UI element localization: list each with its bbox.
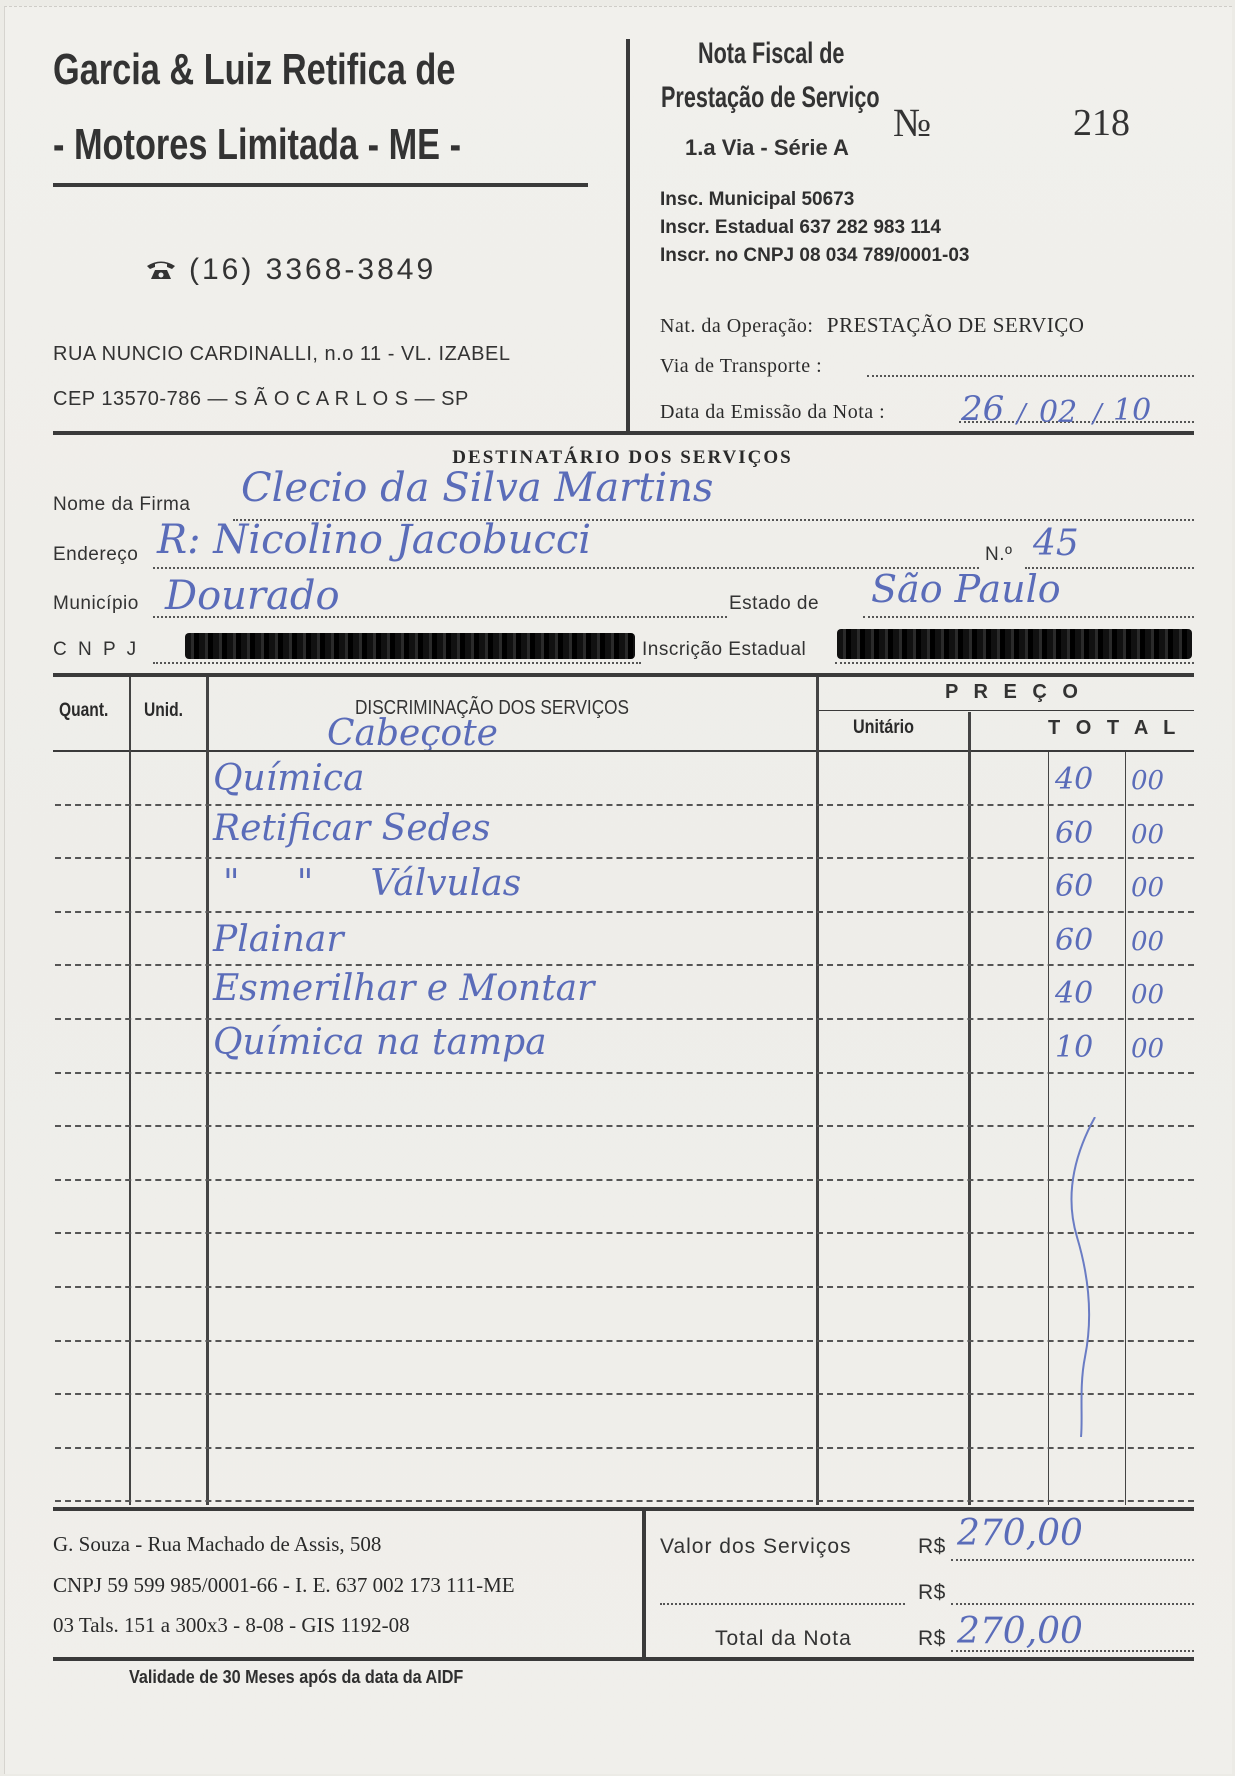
table-row[interactable]: " " Válvulas 60 00 <box>53 859 1194 913</box>
valor-servicos-label: Valor dos Serviços <box>660 1535 852 1559</box>
inscr-cnpj: Inscr. no CNPJ 08 034 789/0001-03 <box>660 245 969 267</box>
validade-note: Validade de 30 Meses após da data da AID… <box>129 1667 463 1688</box>
row-total-centavos: 00 <box>1131 766 1164 796</box>
endereco-label: Endereço <box>53 544 138 566</box>
table-row[interactable]: Plainar 60 00 <box>53 913 1194 967</box>
invoice-number: 218 <box>1073 101 1130 145</box>
data-emissao-month: 02 <box>1039 395 1077 430</box>
table-row[interactable] <box>53 1288 1194 1342</box>
inscricao-estadual-label: Inscrição Estadual <box>642 639 806 661</box>
via-serie: 1.a Via - Série A <box>685 135 849 161</box>
col-header-unitario: Unitário <box>853 717 914 739</box>
total-nota-label: Total da Nota <box>715 1627 852 1651</box>
table-bottom-rule <box>53 1507 1194 1511</box>
header-divider <box>626 39 630 431</box>
cnpj-redacted <box>185 633 635 659</box>
row-description: " " Válvulas <box>223 863 521 904</box>
company-address-line2: CEP 13570-786 — S Ã O C A R L O S — SP <box>53 388 469 411</box>
row-description: Química na tampa <box>213 1022 547 1063</box>
endereco-field[interactable] <box>153 567 979 569</box>
heading-note-cabecote: Cabeçote <box>327 713 498 754</box>
via-transporte-field[interactable] <box>867 375 1194 377</box>
invoice-paper: Garcia & Luiz Retifica de - Motores Limi… <box>4 6 1232 1774</box>
row-total-reais: 40 <box>1055 762 1093 797</box>
nat-operacao: Nat. da Operação: PRESTAÇÃO DE SERVIÇO <box>660 313 1084 338</box>
row-total-reais: 60 <box>1055 923 1093 958</box>
invoice-title-line2: Prestação de Serviço <box>661 81 880 115</box>
valor-servicos-value: 270,00 <box>957 1513 1083 1554</box>
table-row[interactable] <box>53 1449 1194 1503</box>
col-header-preco: P R E Ç O <box>945 681 1083 704</box>
company-name-line1: Garcia & Luiz Retifica de <box>53 45 455 95</box>
cnpj-label: C N P J <box>53 639 139 661</box>
extra-value-field[interactable] <box>951 1603 1194 1605</box>
table-row[interactable]: Química na tampa 10 00 <box>53 1020 1194 1074</box>
bottom-rule <box>53 1657 1194 1661</box>
row-total-reais: 60 <box>1055 869 1093 904</box>
estado-field[interactable] <box>863 616 1194 618</box>
number-symbol: № <box>893 99 931 146</box>
row-description: Esmerilhar e Montar <box>213 968 594 1009</box>
row-description: Plainar <box>213 919 344 960</box>
row-total-reais: 60 <box>1055 816 1093 851</box>
col-header-total: T O T A L <box>1048 717 1180 740</box>
estado-label: Estado de <box>729 593 819 615</box>
services-table-body: Química 40 00 Retificar Sedes 60 00 " " … <box>53 752 1194 1502</box>
row-total-centavos: 00 <box>1131 927 1164 957</box>
row-description: Química <box>213 758 365 799</box>
valor-servicos-currency: R$ <box>918 1535 946 1559</box>
col-header-quant: Quant. <box>59 700 108 722</box>
header-bottom-rule <box>53 431 1194 435</box>
estado-value: São Paulo <box>871 567 1061 611</box>
total-nota-currency: R$ <box>918 1627 946 1651</box>
table-row[interactable] <box>53 1234 1194 1288</box>
extra-label-field[interactable] <box>660 1603 905 1605</box>
company-address-line1: RUA NUNCIO CARDINALLI, n.o 11 - VL. IZAB… <box>53 343 510 366</box>
data-emissao-year: 10 <box>1113 393 1151 428</box>
table-row[interactable] <box>53 1181 1194 1235</box>
municipio-label: Município <box>53 593 139 615</box>
nat-operacao-label: Nat. da Operação: <box>660 315 813 337</box>
cnpj-field[interactable] <box>153 662 641 664</box>
valor-servicos-field[interactable] <box>951 1559 1194 1561</box>
row-total-reais: 10 <box>1055 1030 1093 1065</box>
table-row[interactable] <box>53 1395 1194 1449</box>
invoice-title-line1: Nota Fiscal de <box>698 37 844 71</box>
nome-firma-label: Nome da Firma <box>53 494 190 516</box>
row-total-centavos: 00 <box>1131 820 1164 850</box>
inscr-estadual: Inscr. Estadual 637 282 983 114 <box>660 217 941 239</box>
table-row[interactable] <box>53 1342 1194 1396</box>
pen-squiggle-mark <box>1065 1117 1105 1437</box>
preco-subdivider <box>819 710 1194 711</box>
endereco-value: R: Nicolino Jacobucci <box>157 517 591 563</box>
row-total-centavos: 00 <box>1131 980 1164 1010</box>
table-row[interactable]: Retificar Sedes 60 00 <box>53 806 1194 860</box>
row-total-centavos: 00 <box>1131 1034 1164 1064</box>
printer-line1: G. Souza - Rua Machado de Assis, 508 <box>53 1532 381 1557</box>
nome-firma-value: Clecio da Silva Martins <box>241 465 713 511</box>
printer-line2: CNPJ 59 599 985/0001-66 - I. E. 637 002 … <box>53 1573 515 1598</box>
insc-municipal: Insc. Municipal 50673 <box>660 189 854 211</box>
inscricao-estadual-field[interactable] <box>835 662 1194 664</box>
recipient-bottom-rule <box>53 673 1194 677</box>
table-row[interactable]: Esmerilhar e Montar 40 00 <box>53 966 1194 1020</box>
table-row[interactable] <box>53 1127 1194 1181</box>
row-total-reais: 40 <box>1055 976 1093 1011</box>
telephone-icon <box>145 259 177 281</box>
row-description: Retificar Sedes <box>213 808 490 849</box>
printer-line3: 03 Tals. 151 a 300x3 - 8-08 - GIS 1192-0… <box>53 1613 410 1638</box>
inscricao-redacted <box>837 629 1192 659</box>
data-emissao-day: 26 <box>961 389 1004 429</box>
data-emissao-label: Data da Emissão da Nota : <box>660 401 885 424</box>
table-row[interactable]: Química 40 00 <box>53 752 1194 806</box>
company-name-line2: - Motores Limitada - ME - <box>53 120 461 170</box>
municipio-value: Dourado <box>165 573 340 619</box>
bottom-divider <box>642 1507 646 1657</box>
phone-block: (16) 3368-3849 <box>145 253 436 287</box>
company-underline <box>53 183 588 187</box>
phone-number: (16) 3368-3849 <box>189 253 436 287</box>
total-nota-value: 270,00 <box>957 1611 1083 1652</box>
col-header-unid: Unid. <box>144 700 183 722</box>
numero-value: 45 <box>1033 523 1079 564</box>
nat-operacao-value: PRESTAÇÃO DE SERVIÇO <box>827 313 1085 337</box>
row-total-centavos: 00 <box>1131 873 1164 903</box>
numero-label: N.º <box>985 544 1012 566</box>
table-row[interactable] <box>53 1074 1194 1128</box>
extra-currency: R$ <box>918 1581 946 1605</box>
via-transporte-label: Via de Transporte : <box>660 355 822 378</box>
